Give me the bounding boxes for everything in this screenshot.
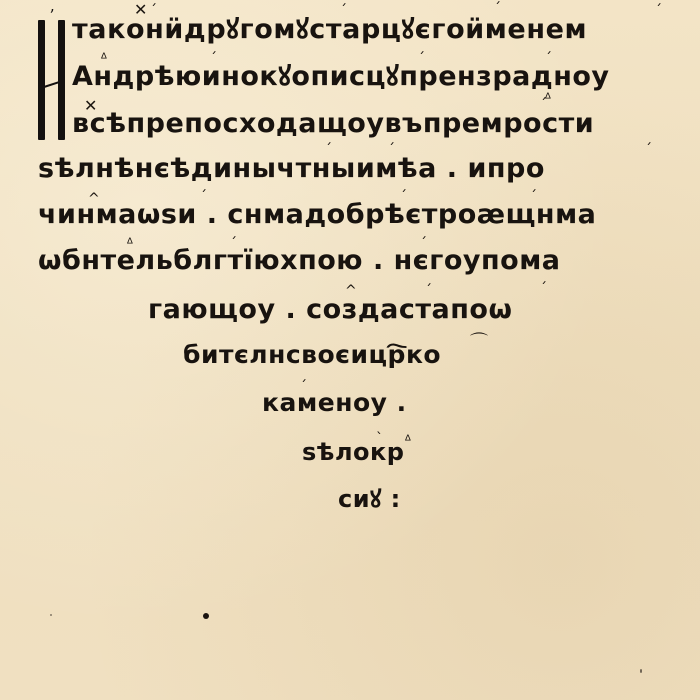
- initial-right-stem: [58, 20, 65, 140]
- text-line-10: ѕѣлокр: [302, 440, 404, 464]
- diacritic-mark: ´: [340, 4, 347, 18]
- diacritic-mark: `: [376, 432, 383, 446]
- diacritic-mark: ^: [345, 284, 357, 298]
- text-line-2: Андрѣюинокꙋописцꙋпрензрадноу: [72, 63, 610, 90]
- diacritic-mark: ´: [400, 190, 407, 204]
- diacritic-mark: ´: [645, 143, 652, 157]
- diacritic-mark: ´: [420, 237, 427, 251]
- diacritic-mark: ´: [540, 98, 547, 112]
- paper-speck: [640, 669, 642, 673]
- manuscript-page: ʼ таконӥдрꙋгомꙋстарцꙋєгоӥменем Андрѣюино…: [0, 0, 700, 700]
- initial-left-stem: [38, 20, 45, 140]
- diacritic-mark: ´: [200, 190, 207, 204]
- text-line-9: каменоу .: [262, 390, 407, 415]
- diacritic-mark: ´: [230, 237, 237, 251]
- diacritic-mark: ⌒: [470, 334, 488, 352]
- initial-accent-mark: ʼ: [49, 8, 54, 24]
- diacritic-mark: ´: [494, 2, 501, 16]
- text-line-8: битєлнсвоєицр҇ко: [183, 342, 441, 367]
- text-line-3: всѣпрепосходащоувъпремрости: [72, 110, 594, 137]
- diacritic-mark: ✕: [84, 98, 97, 114]
- diacritic-mark: ´: [325, 143, 332, 157]
- paper-speck: [50, 614, 52, 616]
- diacritic-mark: ´: [540, 282, 547, 296]
- text-line-11: сиꙋ :: [338, 487, 401, 511]
- diacritic-mark: ^: [88, 192, 100, 206]
- diacritic-mark: ´: [655, 4, 662, 18]
- paper-speck: [203, 613, 209, 619]
- text-line-7: гающоу . создастапоѡ: [148, 296, 512, 323]
- diacritic-mark: ´: [545, 52, 552, 66]
- text-line-1: таконӥдрꙋгомꙋстарцꙋєгоӥменем: [72, 16, 587, 43]
- diacritic-mark: ´: [388, 143, 395, 157]
- diacritic-mark: ´: [530, 190, 537, 204]
- diacritic-mark: ✕: [134, 2, 147, 18]
- diacritic-mark: ᐞ: [404, 434, 412, 448]
- diacritic-mark: ´: [210, 52, 217, 66]
- diacritic-mark: ´: [300, 380, 307, 394]
- text-line-4: ѕѣлнѣнєѣдинычтныимѣа . ипро: [38, 155, 545, 182]
- diacritic-mark: ´: [150, 4, 157, 18]
- diacritic-mark: ᐞ: [100, 52, 108, 66]
- diacritic-mark: ´: [418, 52, 425, 66]
- text-line-5: чинмаѡѕи . снмадобрѣєтроӕщнма: [38, 201, 596, 228]
- decorated-initial-letter: ʼ: [36, 20, 68, 142]
- diacritic-mark: ᐞ: [126, 237, 134, 251]
- diacritic-mark: ´: [425, 284, 432, 298]
- text-line-6: ѡбнтельблгтїюхпою . нєгоупома: [38, 247, 561, 274]
